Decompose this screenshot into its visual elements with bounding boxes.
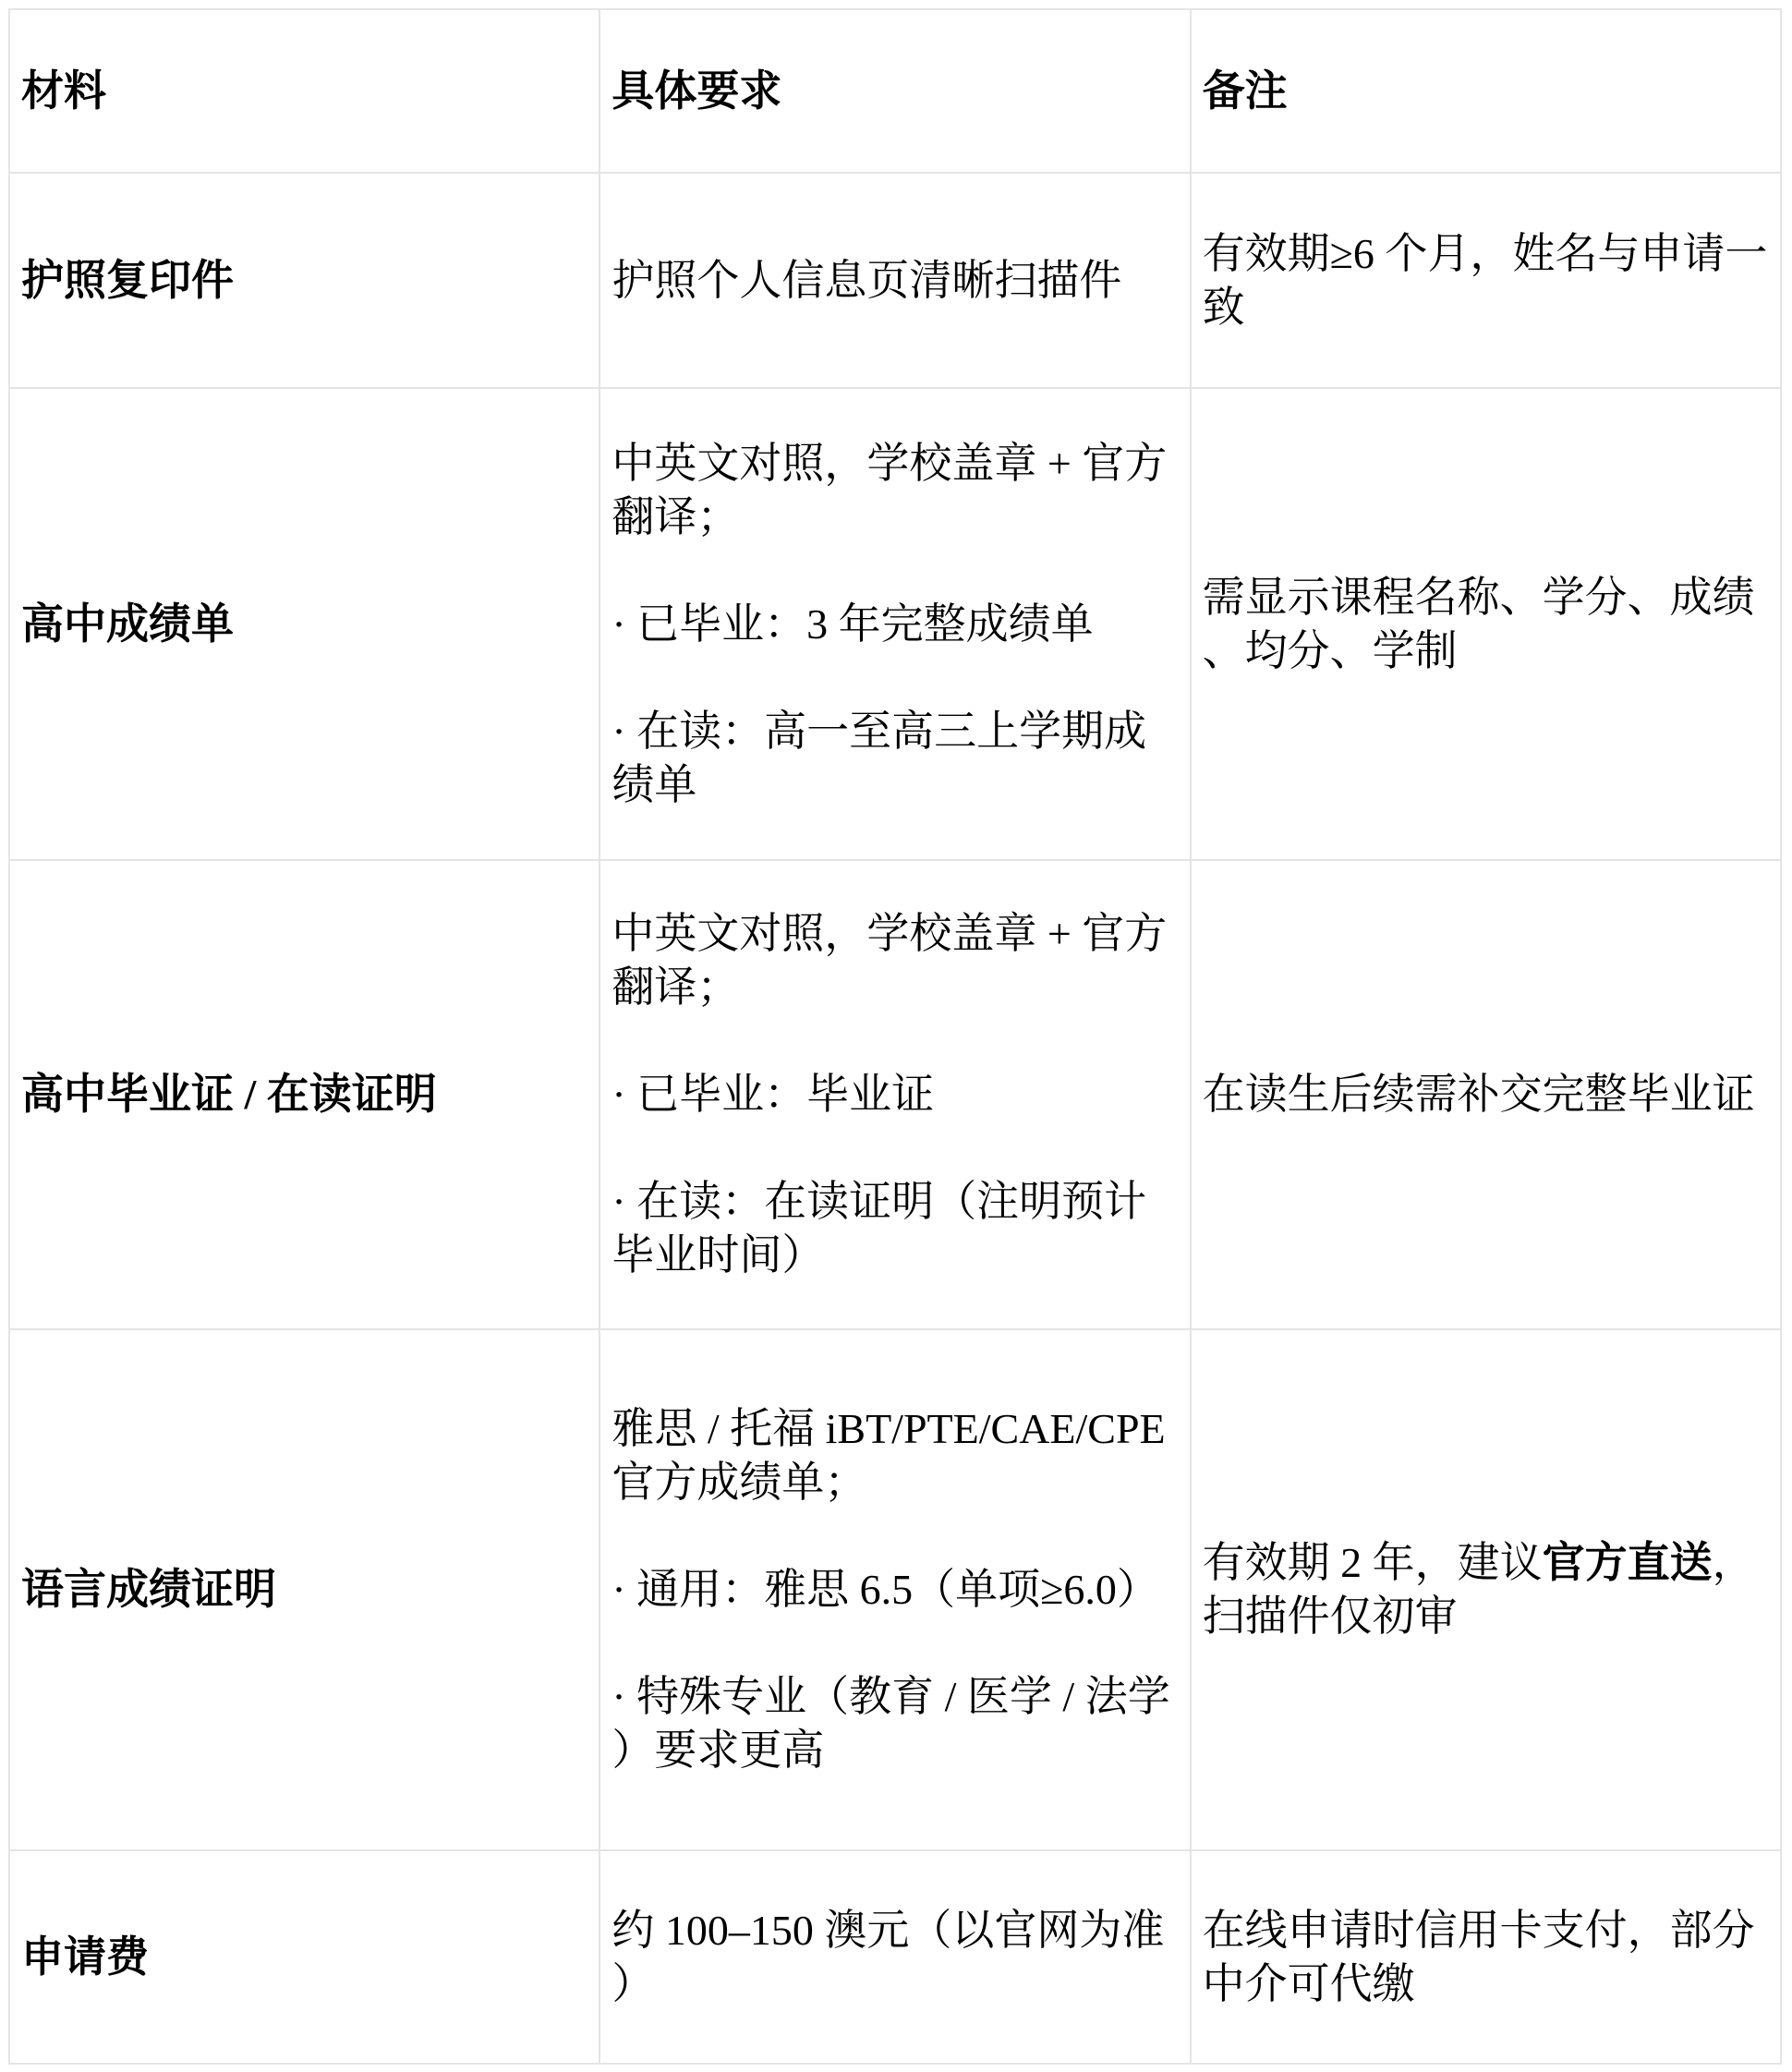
cell-material: 申请费 — [9, 1850, 599, 2064]
cell-requirements: 中英文对照，学校盖章 + 官方翻译； · 已毕业：3 年完整成绩单 · 在读：高… — [599, 388, 1190, 860]
note-paragraph: 有效期≥6 个月，姓名与申请一致 — [1203, 227, 1769, 334]
note-text-bold: 官方直送 — [1543, 1539, 1713, 1586]
cell-notes: 需显示课程名称、学分、成绩、均分、学制 — [1191, 388, 1781, 860]
note-paragraph: 有效期 2 年，建议官方直送，扫描件仅初审 — [1203, 1536, 1769, 1643]
cell-notes: 在读生后续需补交完整毕业证 — [1191, 860, 1781, 1329]
requirement-paragraph: · 通用：雅思 6.5（单项≥6.0） — [611, 1563, 1178, 1617]
requirement-paragraph: 中英文对照，学校盖章 + 官方翻译； — [611, 907, 1178, 1014]
column-header-notes: 备注 — [1191, 9, 1781, 173]
note-paragraph: 在读生后续需补交完整毕业证 — [1203, 1068, 1769, 1121]
note-text: 有效期 2 年，建议 — [1203, 1539, 1543, 1586]
cell-material: 高中毕业证 / 在读证明 — [9, 860, 599, 1329]
note-paragraph: 在线申请时信用卡支付，部分中介可代缴 — [1203, 1904, 1769, 2011]
column-header-material: 材料 — [9, 9, 599, 173]
requirement-paragraph: · 在读：高一至高三上学期成绩单 — [611, 705, 1178, 812]
table-row-diploma: 高中毕业证 / 在读证明 中英文对照，学校盖章 + 官方翻译； · 已毕业：毕业… — [9, 860, 1781, 1329]
cell-material: 高中成绩单 — [9, 388, 599, 860]
table-row-application-fee: 申请费 约 100–150 澳元（以官网为准） 在线申请时信用卡支付，部分中介可… — [9, 1850, 1781, 2064]
requirement-paragraph: 约 100–150 澳元（以官网为准） — [611, 1904, 1178, 2011]
requirement-paragraph: · 已毕业：3 年完整成绩单 — [611, 598, 1178, 651]
requirement-paragraph: · 已毕业：毕业证 — [611, 1068, 1178, 1121]
column-header-requirements: 具体要求 — [599, 9, 1190, 173]
cell-requirements: 护照个人信息页清晰扫描件 — [599, 173, 1190, 388]
requirement-paragraph: 护照个人信息页清晰扫描件 — [611, 254, 1178, 308]
page: { "meta": { "background_color": "#ffffff… — [0, 0, 1792, 2072]
cell-requirements: 中英文对照，学校盖章 + 官方翻译； · 已毕业：毕业证 · 在读：在读证明（注… — [599, 860, 1190, 1329]
cell-notes: 有效期 2 年，建议官方直送，扫描件仅初审 — [1191, 1329, 1781, 1850]
requirement-paragraph: · 特殊专业（教育 / 医学 / 法学）要求更高 — [611, 1670, 1178, 1777]
requirement-paragraph: 中英文对照，学校盖章 + 官方翻译； — [611, 437, 1178, 544]
table-row-passport: 护照复印件 护照个人信息页清晰扫描件 有效期≥6 个月，姓名与申请一致 — [9, 173, 1781, 388]
header-row: 材料 具体要求 备注 — [9, 9, 1781, 173]
cell-notes: 在线申请时信用卡支付，部分中介可代缴 — [1191, 1850, 1781, 2064]
requirement-paragraph: · 在读：在读证明（注明预计毕业时间） — [611, 1175, 1178, 1282]
cell-requirements: 约 100–150 澳元（以官网为准） — [599, 1850, 1190, 2064]
table-row-language-score: 语言成绩证明 雅思 / 托福 iBT/PTE/CAE/CPE 官方成绩单； · … — [9, 1329, 1781, 1850]
requirement-paragraph: 雅思 / 托福 iBT/PTE/CAE/CPE 官方成绩单； — [611, 1402, 1178, 1509]
table-row-transcript: 高中成绩单 中英文对照，学校盖章 + 官方翻译； · 已毕业：3 年完整成绩单 … — [9, 388, 1781, 860]
cell-notes: 有效期≥6 个月，姓名与申请一致 — [1191, 173, 1781, 388]
application-materials-table: 材料 具体要求 备注 护照复印件 护照个人信息页清晰扫描件 有效期≥6 个月，姓… — [8, 8, 1782, 2065]
cell-material: 语言成绩证明 — [9, 1329, 599, 1850]
cell-material: 护照复印件 — [9, 173, 599, 388]
cell-requirements: 雅思 / 托福 iBT/PTE/CAE/CPE 官方成绩单； · 通用：雅思 6… — [599, 1329, 1190, 1850]
note-paragraph: 需显示课程名称、学分、成绩、均分、学制 — [1203, 571, 1769, 678]
